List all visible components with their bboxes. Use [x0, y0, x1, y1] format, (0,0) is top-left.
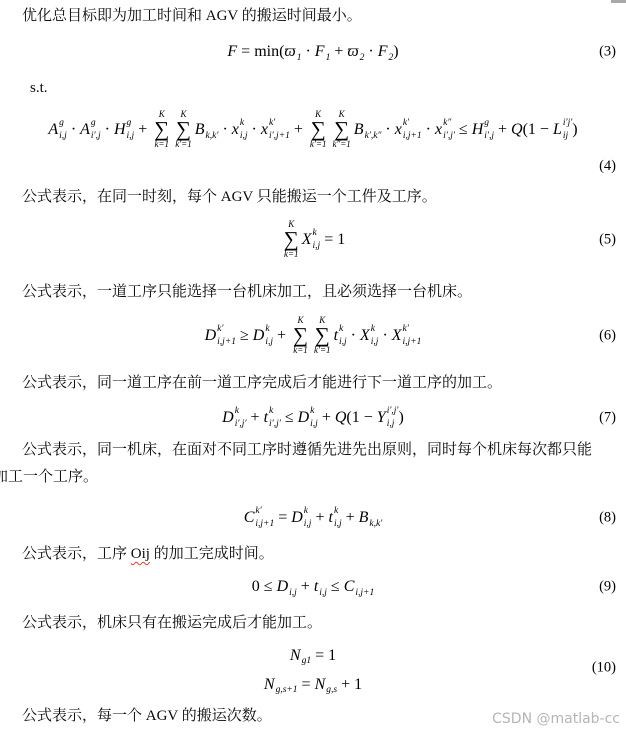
equation-5-number: (5)	[599, 232, 616, 249]
document-page: 优化总目标即为加工时间和 AGV 的搬运时间最小。 F=min(ϖ1·F1+ϖ2…	[0, 0, 626, 740]
equation-10-number: (10)	[592, 659, 616, 676]
equation-4: Agi,j·Agi′,j·Hgi,j+K∑k=1K∑k′=1Bk,k′·xki,…	[0, 106, 626, 154]
equation-10-formula: Ng1=1Ng,s+1=Ng,s+1	[264, 645, 362, 696]
paragraph-eq6-desc: 公式表示，同一道工序在前一道工序完成后才能进行下一道工序的加工。	[0, 374, 626, 393]
equation-10: Ng1=1Ng,s+1=Ng,s+1 (10)	[0, 643, 626, 697]
paragraph-eq8-desc: 公式表示，工序 Oij 的加工完成时间。	[0, 545, 626, 564]
equation-5-formula: K∑k=1Xki,j=1	[281, 220, 345, 260]
paragraph-eq9-desc: 公式表示，机床只有在搬运完成后才能加工。	[0, 614, 626, 633]
paragraph-eq8-desc-before: 公式表示，工序	[22, 546, 131, 562]
paragraph-eq7-desc: 公式表示，同一机床，在面对不同工序时遵循先进先出原则，同时每个机床每次都只能 加…	[0, 441, 626, 487]
equation-8-formula: Ck′i,j+1=Dki,j+tki,j+Bk,k′	[244, 507, 383, 529]
paragraph-eq8-desc-after: 的加工完成时间。	[150, 546, 274, 562]
misspelled-word: Oij	[131, 546, 150, 562]
equation-6-number: (6)	[599, 328, 616, 345]
equation-9-number: (9)	[599, 579, 616, 596]
paragraph-intro: 优化总目标即为加工时间和 AGV 的搬运时间最小。	[0, 0, 626, 26]
equation-4-number: (4)	[0, 158, 626, 175]
paragraph-eq5-desc: 公式表示，一道工序只能选择一台机床加工，且必须选择一台机床。	[0, 283, 626, 302]
equation-7: Dki′,j′+tki′,j′≤Dki,j+Q(1−Yi′,j′i,j) (7)	[0, 405, 626, 431]
scrollbar-fragment[interactable]	[611, 0, 626, 3]
paragraph-eq7-desc-line1: 公式表示，同一机床，在面对不同工序时遵循先进先出原则，同时每个机床每次都只能	[0, 441, 626, 460]
subject-to-label: s.t.	[30, 79, 626, 98]
equation-6: Dk′i,j+1≥Dki,j+K∑k=1K∑k′=1tki,j·Xki,j·Xk…	[0, 312, 626, 360]
equation-4-formula: Agi,j·Agi′,j·Hgi,j+K∑k=1K∑k′=1Bk,k′·xki,…	[48, 110, 577, 150]
equation-9: 0≤Di,j+ti,j≤Ci,j+1 (9)	[0, 575, 626, 599]
paragraph-eq4-desc: 公式表示，在同一时刻，每个 AGV 只能搬运一个工件及工序。	[0, 188, 626, 207]
equation-8: Ck′i,j+1=Dki,j+tki,j+Bk,k′ (8)	[0, 505, 626, 531]
paragraph-eq7-desc-line2: 加工一个工序。	[0, 468, 626, 487]
equation-9-formula: 0≤Di,j+ti,j≤Ci,j+1	[252, 576, 374, 598]
equation-8-number: (8)	[599, 510, 616, 527]
equation-3: F=min(ϖ1·F1+ϖ2·F2) (3)	[0, 39, 626, 65]
equation-3-number: (3)	[599, 44, 616, 61]
equation-6-formula: Dk′i,j+1≥Dki,j+K∑k=1K∑k′=1tki,j·Xki,j·Xk…	[205, 316, 422, 356]
csdn-watermark: CSDN @matlab-cc	[492, 711, 620, 727]
equation-7-formula: Dki′,j′+tki′,j′≤Dki,j+Q(1−Yi′,j′i,j)	[222, 407, 404, 429]
equation-7-number: (7)	[599, 410, 616, 427]
equation-5: K∑k=1Xki,j=1 (5)	[0, 217, 626, 263]
equation-3-formula: F=min(ϖ1·F1+ϖ2·F2)	[227, 41, 398, 63]
